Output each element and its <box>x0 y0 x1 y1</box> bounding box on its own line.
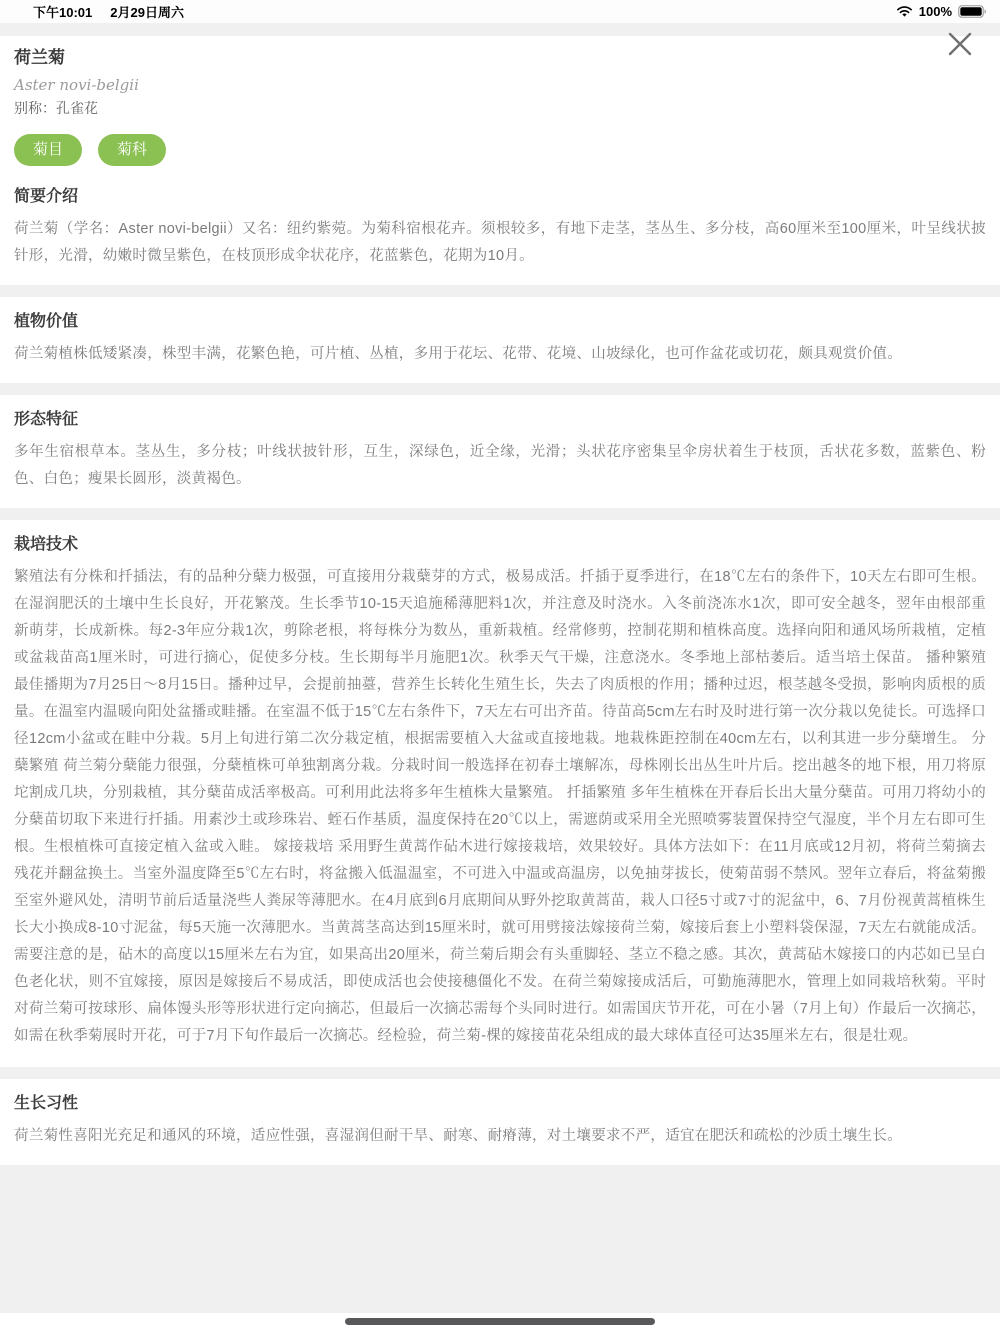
status-bar: 下午10:01 2月29日周六 100% <box>0 0 1000 23</box>
status-bar-left: 下午10:01 2月29日周六 <box>13 2 184 21</box>
section-body-intro: 荷兰菊（学名：Aster novi-belgii）又名：纽约紫菀。为菊科宿根花卉… <box>14 216 986 270</box>
battery-percent: 100% <box>919 4 952 19</box>
status-date: 2月29日周六 <box>110 2 184 21</box>
plant-detail-screen: 下午10:01 2月29日周六 100% <box>0 0 1000 1334</box>
latin-name: Aster novi-belgii <box>14 76 986 94</box>
section-divider <box>0 285 1000 297</box>
section-body-cultivation: 繁殖法有分株和扦插法，有的品种分蘖力极强，可直接用分栽蘖芽的方式，极易成活。扦插… <box>14 564 986 1050</box>
bottom-filler <box>0 1165 1000 1313</box>
section-body-habit: 荷兰菊性喜阳光充足和通风的环境，适应性强，喜湿润但耐干旱、耐寒、耐瘠薄，对土壤要… <box>14 1123 986 1150</box>
alias-text: 别称：孔雀花 <box>14 100 986 117</box>
status-bar-right: 100% <box>896 4 989 19</box>
section-heading-cultivation: 栽培技术 <box>14 535 986 555</box>
tag-family-chip[interactable]: 菊科 <box>98 134 166 166</box>
section-habit: 生长习性 荷兰菊性喜阳光充足和通风的环境，适应性强，喜湿润但耐干旱、耐寒、耐瘠薄… <box>0 1079 1000 1165</box>
section-body-morphology: 多年生宿根草本。茎丛生，多分枝；叶线状披针形，互生，深绿色，近全缘，光滑；头状花… <box>14 439 986 493</box>
close-button[interactable] <box>942 27 978 63</box>
section-cultivation: 栽培技术 繁殖法有分株和扦插法，有的品种分蘖力极强，可直接用分栽蘖芽的方式，极易… <box>0 520 1000 1067</box>
footer-bar <box>0 1313 1000 1334</box>
battery-icon <box>958 5 987 18</box>
page-title: 荷兰菊 <box>14 36 986 68</box>
header-block: 荷兰菊 Aster novi-belgii 别称：孔雀花 菊目 菊科 简要介绍 … <box>0 36 1000 285</box>
section-heading-habit: 生长习性 <box>14 1094 986 1114</box>
section-divider <box>0 1067 1000 1079</box>
section-body-value: 荷兰菊植株低矮紧凑，株型丰满，花繁色艳，可片植、丛植，多用于花坛、花带、花境、山… <box>14 341 986 368</box>
tag-order-chip[interactable]: 菊目 <box>14 134 82 166</box>
wifi-icon <box>896 5 913 18</box>
section-heading-morphology: 形态特征 <box>14 410 986 430</box>
section-heading-value: 植物价值 <box>14 312 986 332</box>
status-time: 下午10:01 <box>33 2 92 21</box>
section-morphology: 形态特征 多年生宿根草本。茎丛生，多分枝；叶线状披针形，互生，深绿色，近全缘，光… <box>0 395 1000 508</box>
section-heading-intro: 简要介绍 <box>14 187 986 207</box>
home-indicator-handle[interactable] <box>345 1318 655 1325</box>
tag-row: 菊目 菊科 <box>14 134 986 166</box>
section-divider <box>0 508 1000 520</box>
section-divider <box>0 383 1000 395</box>
close-icon <box>946 30 974 61</box>
section-value: 植物价值 荷兰菊植株低矮紧凑，株型丰满，花繁色艳，可片植、丛植，多用于花坛、花带… <box>0 297 1000 383</box>
top-divider <box>0 23 1000 36</box>
